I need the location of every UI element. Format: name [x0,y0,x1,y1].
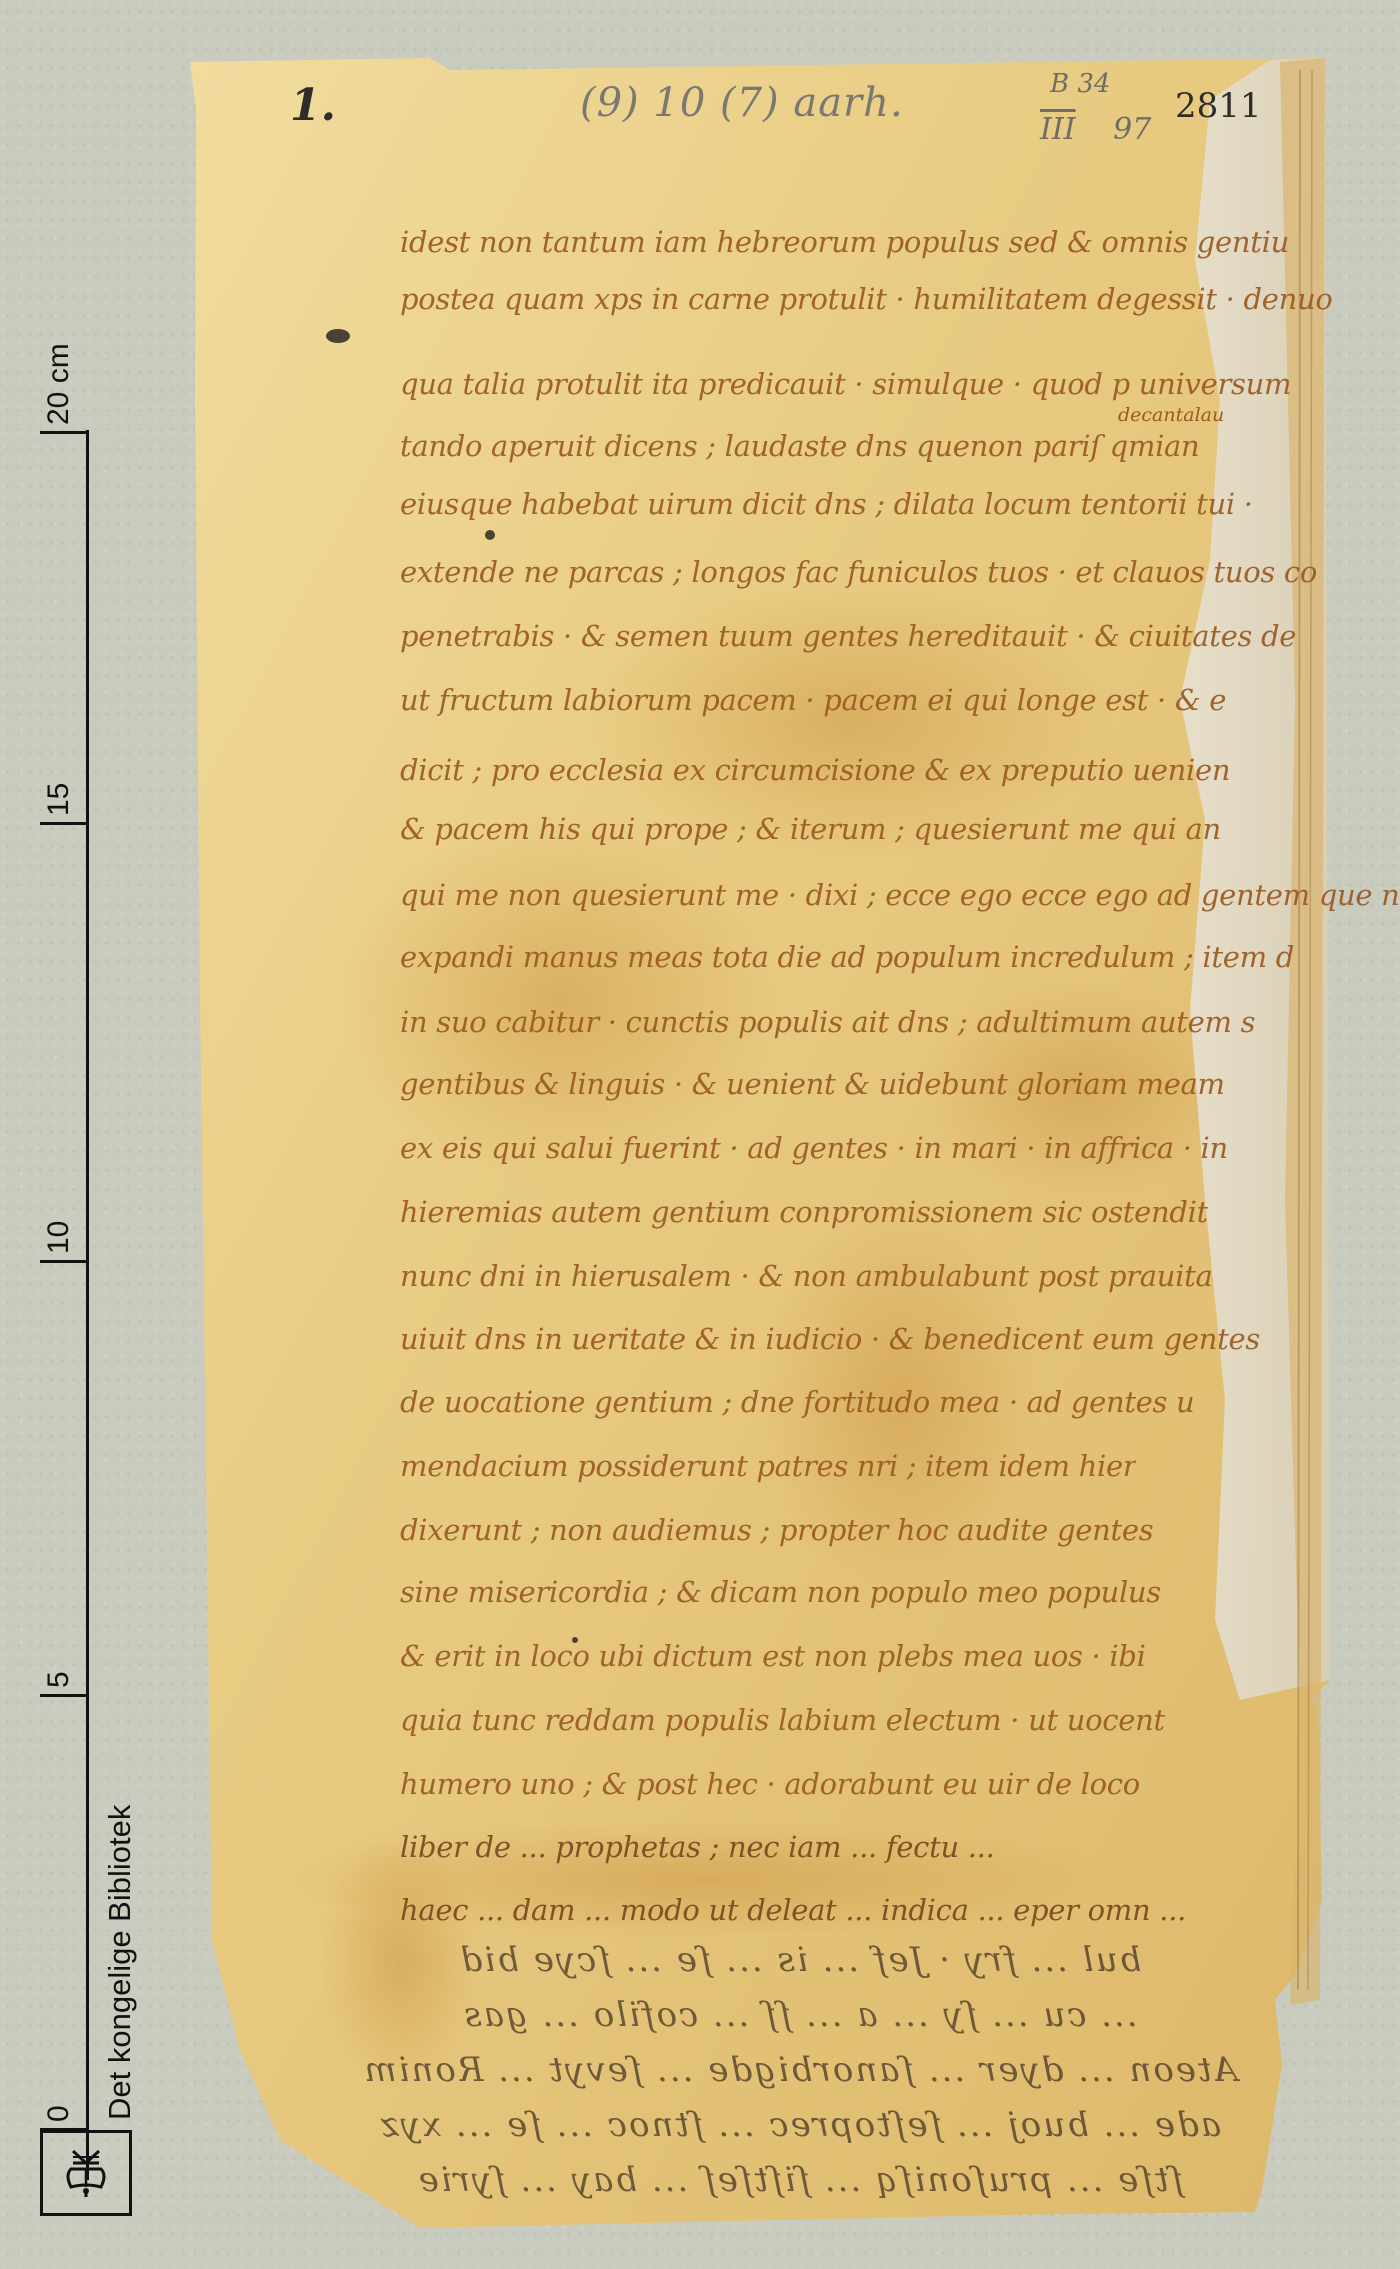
text-line-2: postea quam xps in carne protulit · humi… [400,282,1333,342]
scale-axis-line [86,430,89,2180]
offset-line-3: Ateon ... dyer ... ſanorbigde ... ſevyt … [330,2050,1270,2090]
offset-line-4: ade ... buoj ... ſeſtoprec ... ſtnoc ...… [330,2105,1270,2145]
text-line-11: qui me non quesierunt me · dixi ; ecce e… [400,878,1400,938]
text-line-18: uiuit dns in ueritate & in iudicio · & b… [400,1322,1260,1382]
scale-tick-15 [40,822,89,825]
scale-label-0: 0 [44,2105,74,2122]
shelf-fraction-bottom: III 97 [1040,112,1151,147]
text-line-17: nunc dni in hierusalem · & non ambulabun… [400,1259,1212,1319]
text-line-8: ut fructum labiorum pacem · pacem ei qui… [400,683,1226,743]
text-line-1: idest non tantum iam hebreorum populus s… [400,225,1289,285]
text-line-6: extende ne parcas ; longos fac funiculos… [400,555,1317,615]
shelfmark-pencil: (9) 10 (7) aarh. [580,80,904,126]
shelf-side-number: 97 [1113,112,1151,147]
institution-name: Det kongelige Bibliotek [104,1805,135,2120]
parchment-leaf: 1. (9) 10 (7) aarh. B 34 III 97 2811 ide… [0,0,1400,2269]
text-line-10: & pacem his qui prope ; & iterum ; quesi… [400,812,1221,872]
folio-number: 1. [290,80,336,131]
text-line-23: & erit in loco ubi dictum est non plebs … [400,1639,1146,1699]
offset-line-5: ſtſe ... pruſoniſq ... ſiſtſeſ ... bay .… [330,2160,1270,2200]
offset-line-2: ... cu ... ſy ... a ... ſſ ... cofilo ..… [330,1995,1270,2035]
scale-label-10: 10 [44,1221,74,1254]
scale-label-5: 5 [44,1671,74,1688]
text-line-12: expandi manus meas tota die ad populum i… [400,940,1294,1000]
text-line-25: humero uno ; & post hec · adorabunt eu u… [400,1767,1140,1827]
interlinear-gloss: decantalau [1118,404,1224,426]
text-line-9: dicit ; pro ecclesia ex circumcisione & … [400,753,1230,813]
text-line-20: mendacium possiderunt patres nri ; item … [400,1449,1136,1509]
text-line-14: gentibus & linguis · & uenient & uidebun… [400,1067,1225,1127]
crown-kb-icon [56,2138,116,2208]
text-line-7: penetrabis · & semen tuum gentes heredit… [400,619,1296,679]
text-line-26-partial: liber de ... prophetas ; nec iam ... fec… [400,1830,995,1890]
scale-tick-10 [40,1260,89,1263]
text-line-13: in suo cabitur · cunctis populis ait dns… [400,1005,1255,1065]
shelf-fraction-roman: III [1040,112,1076,147]
text-line-5: eiusque habebat uirum dicit dns ; dilata… [400,487,1253,547]
text-line-22: sine misericordia ; & dicam non populo m… [400,1575,1161,1635]
scale-tick-20 [40,431,89,434]
offset-line-1: bul ... fry · Jef ... is ... ſe ... ſcye… [330,1940,1270,1980]
text-line-19: de uocatione gentium ; dne fortitudo mea… [400,1385,1194,1445]
shelf-fraction-top: B 34 [1050,68,1110,100]
royal-library-logo [40,2130,132,2216]
manuscript-viewer: 1. (9) 10 (7) aarh. B 34 III 97 2811 ide… [0,0,1400,2269]
text-line-16: hieremias autem gentium conpromissionem … [400,1195,1208,1255]
text-line-21: dixerunt ; non audiemus ; propter hoc au… [400,1513,1153,1573]
scale-label-15: 15 [44,783,74,816]
scale-label-20: 20 cm [44,343,74,425]
text-line-15: ex eis qui salui fuerint · ad gentes · i… [400,1131,1228,1191]
text-line-24: quia tunc reddam populis labium electum … [400,1703,1165,1763]
scale-tick-5 [40,1694,89,1697]
offset-cursive-text: bul ... fry · Jef ... is ... ſe ... ſcye… [330,1920,1270,2210]
text-line-4: tando aperuit dicens ; laudaste dns quen… [400,429,1199,489]
leaf-number: 2811 [1175,86,1262,126]
scale-bar: 0 5 10 15 20 cm Det kongelige Bibliotek [0,0,140,2269]
